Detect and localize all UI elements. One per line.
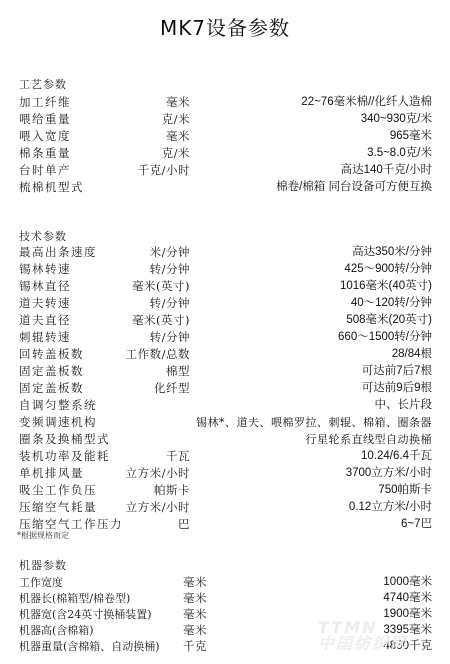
param-value: 中、长片段 — [375, 397, 433, 414]
param-value: 750帕斯卡 — [378, 482, 432, 499]
param-label: 喂入宽度 — [19, 128, 71, 145]
param-unit: 千瓦 — [166, 448, 190, 465]
param-label: 加工纤维 — [19, 94, 71, 111]
param-unit: 毫米 — [183, 574, 207, 591]
param-value: 锡林*、道夫、喂棉罗拉、刺辊、棉箱、圈条器 — [196, 414, 432, 431]
table-row: 锡林转速 转/分钟 425～900转/分钟 — [0, 261, 450, 278]
param-unit: 千克 — [183, 638, 207, 655]
table-row: 固定盖板数 化纤型 可达前9后9根 — [0, 380, 450, 397]
page-title: MK7设备参数 — [0, 12, 450, 41]
param-unit: 工作数/总数 — [126, 346, 190, 363]
table-row: 自调匀整系统 中、长片段 — [0, 397, 450, 414]
table-row: 机器重量(含棉箱、自动换桶) 千克 4850千克 — [0, 638, 450, 655]
table-row: 机器高(含棉箱) 毫米 3395毫米 — [0, 622, 450, 639]
param-label: 工作宽度 — [19, 574, 63, 591]
param-label: 装机功率及能耗 — [19, 448, 110, 465]
param-label: 固定盖板数 — [19, 363, 84, 380]
param-label: 吸尘工作负压 — [19, 482, 97, 499]
param-label: 机器高(含棉箱) — [19, 622, 94, 639]
param-value: 可达前9后9根 — [362, 380, 432, 397]
table-row: 刺辊转速 转/分钟 660～1500转/分钟 — [0, 329, 450, 346]
table-row: 压缩空气耗量 立方米/小时 0.12立方米/小时 — [0, 499, 450, 516]
param-value: 4740毫米 — [383, 590, 432, 607]
param-unit: 帕斯卡 — [154, 482, 190, 499]
param-label: 梳棉机型式 — [19, 179, 84, 196]
table-row: 喂入宽度 毫米 965毫米 — [0, 128, 450, 145]
param-value: 508毫米(20英寸) — [346, 312, 432, 329]
param-label: 刺辊转速 — [19, 329, 71, 346]
table-row: 加工纤维 毫米 22~76毫米棉//化纤人造棉 — [0, 94, 450, 111]
param-unit: 千克/小时 — [138, 162, 190, 179]
table-row: 锡林直径 毫米(英寸) 1016毫米(40英寸) — [0, 278, 450, 295]
param-value: 22~76毫米棉//化纤人造棉 — [301, 94, 432, 111]
section-title-technical: 技术参数 — [19, 228, 67, 244]
section-title-process: 工艺参数 — [19, 76, 67, 92]
table-row: 装机功率及能耗 千瓦 10.24/6.4千瓦 — [0, 448, 450, 465]
param-label: 变频调速机构 — [19, 414, 97, 431]
table-row: 棉条重量 克/米 3.5~8.0克/米 — [0, 145, 450, 162]
param-value: 可达前7后7根 — [362, 363, 432, 380]
param-label: 锡林转速 — [19, 261, 71, 278]
param-unit: 毫米 — [183, 590, 207, 607]
param-value: 3700立方米/小时 — [346, 465, 432, 482]
param-value: 1000毫米 — [383, 574, 432, 591]
param-unit: 毫米 — [166, 128, 190, 145]
table-row: 固定盖板数 棉型 可达前7后7根 — [0, 363, 450, 380]
param-unit: 毫米 — [183, 622, 207, 639]
param-value: 965毫米 — [390, 128, 432, 145]
param-unit: 毫米 — [183, 606, 207, 623]
param-value: 0.12立方米/小时 — [349, 499, 432, 516]
section-title-machine: 机器参数 — [19, 557, 67, 573]
param-unit: 毫米 — [166, 94, 190, 111]
table-row: 最高出条速度 米/分钟 高达350米/分钟 — [0, 244, 450, 261]
table-row: 回转盖板数 工作数/总数 28/84根 — [0, 346, 450, 363]
param-unit: 巴 — [178, 516, 190, 533]
param-value: 660～1500转/分钟 — [338, 329, 432, 346]
param-value: 28/84根 — [392, 346, 432, 363]
param-label: 压缩空气耗量 — [19, 499, 97, 516]
param-unit: 转/分钟 — [150, 329, 190, 346]
table-row: 吸尘工作负压 帕斯卡 750帕斯卡 — [0, 482, 450, 499]
param-value: 棉卷/棉箱 同台设备可方便互换 — [276, 179, 432, 196]
param-label: 机器宽(含24英寸换桶装置) — [19, 606, 152, 623]
table-row: 变频调速机构 锡林*、道夫、喂棉罗拉、刺辊、棉箱、圈条器 — [0, 414, 450, 431]
param-unit: 毫米(英寸) — [132, 278, 190, 295]
table-row: 机器宽(含24英寸换桶装置) 毫米 1900毫米 — [0, 606, 450, 623]
param-value: 高达140千克/小时 — [341, 162, 432, 179]
param-label: 自调匀整系统 — [19, 397, 97, 414]
param-label: 道夫直径 — [19, 312, 71, 329]
param-label: 台时单产 — [19, 162, 71, 179]
param-value: 4850千克 — [383, 638, 432, 655]
table-row: 道夫直径 毫米(英寸) 508毫米(20英寸) — [0, 312, 450, 329]
param-unit: 立方米/小时 — [126, 465, 190, 482]
table-row: 梳棉机型式 棉卷/棉箱 同台设备可方便互换 — [0, 179, 450, 196]
table-row: 工作宽度 毫米 1000毫米 — [0, 574, 450, 591]
table-row: 圈条及换桶型式 行星轮系直线型自动换桶 — [0, 431, 450, 448]
param-label: 棉条重量 — [19, 145, 71, 162]
table-row: 道夫转速 转/分钟 40～120转/分钟 — [0, 295, 450, 312]
param-label: 锡林直径 — [19, 278, 71, 295]
param-unit: 克/米 — [162, 145, 190, 162]
param-unit: 毫米(英寸) — [132, 312, 190, 329]
param-unit: 克/米 — [162, 111, 190, 128]
table-row: 台时单产 千克/小时 高达140千克/小时 — [0, 162, 450, 179]
table-row: 喂给重量 克/米 340~930克/米 — [0, 111, 450, 128]
param-value: 10.24/6.4千瓦 — [361, 448, 432, 465]
param-value: 行星轮系直线型自动换桶 — [306, 431, 433, 448]
param-label: 最高出条速度 — [19, 244, 97, 261]
param-label: 单机排风量 — [19, 465, 84, 482]
param-label: 回转盖板数 — [19, 346, 84, 363]
param-value: 3.5~8.0克/米 — [367, 145, 432, 162]
param-value: 1900毫米 — [383, 606, 432, 623]
table-row: 单机排风量 立方米/小时 3700立方米/小时 — [0, 465, 450, 482]
param-unit: 米/分钟 — [150, 244, 190, 261]
param-label: 喂给重量 — [19, 111, 71, 128]
param-value: 425～900转/分钟 — [344, 261, 432, 278]
param-value: 3395毫米 — [383, 622, 432, 639]
param-unit: 棉型 — [166, 363, 190, 380]
param-value: 高达350米/分钟 — [352, 244, 432, 261]
param-label: 道夫转速 — [19, 295, 71, 312]
table-row: 机器长(棉箱型/棉卷型) 毫米 4740毫米 — [0, 590, 450, 607]
footnote: *根据规格而定 — [17, 530, 69, 541]
param-label: 圈条及换桶型式 — [19, 431, 110, 448]
param-value: 340~930克/米 — [361, 111, 432, 128]
param-label: 机器重量(含棉箱、自动换桶) — [19, 638, 160, 655]
param-value: 40～120转/分钟 — [351, 295, 432, 312]
param-unit: 转/分钟 — [150, 295, 190, 312]
param-label: 固定盖板数 — [19, 380, 84, 397]
param-unit: 立方米/小时 — [126, 499, 190, 516]
param-unit: 化纤型 — [154, 380, 190, 397]
param-label: 机器长(棉箱型/棉卷型) — [19, 590, 130, 607]
param-value: 6~7巴 — [401, 516, 432, 533]
param-unit: 转/分钟 — [150, 261, 190, 278]
param-value: 1016毫米(40英寸) — [340, 278, 432, 295]
